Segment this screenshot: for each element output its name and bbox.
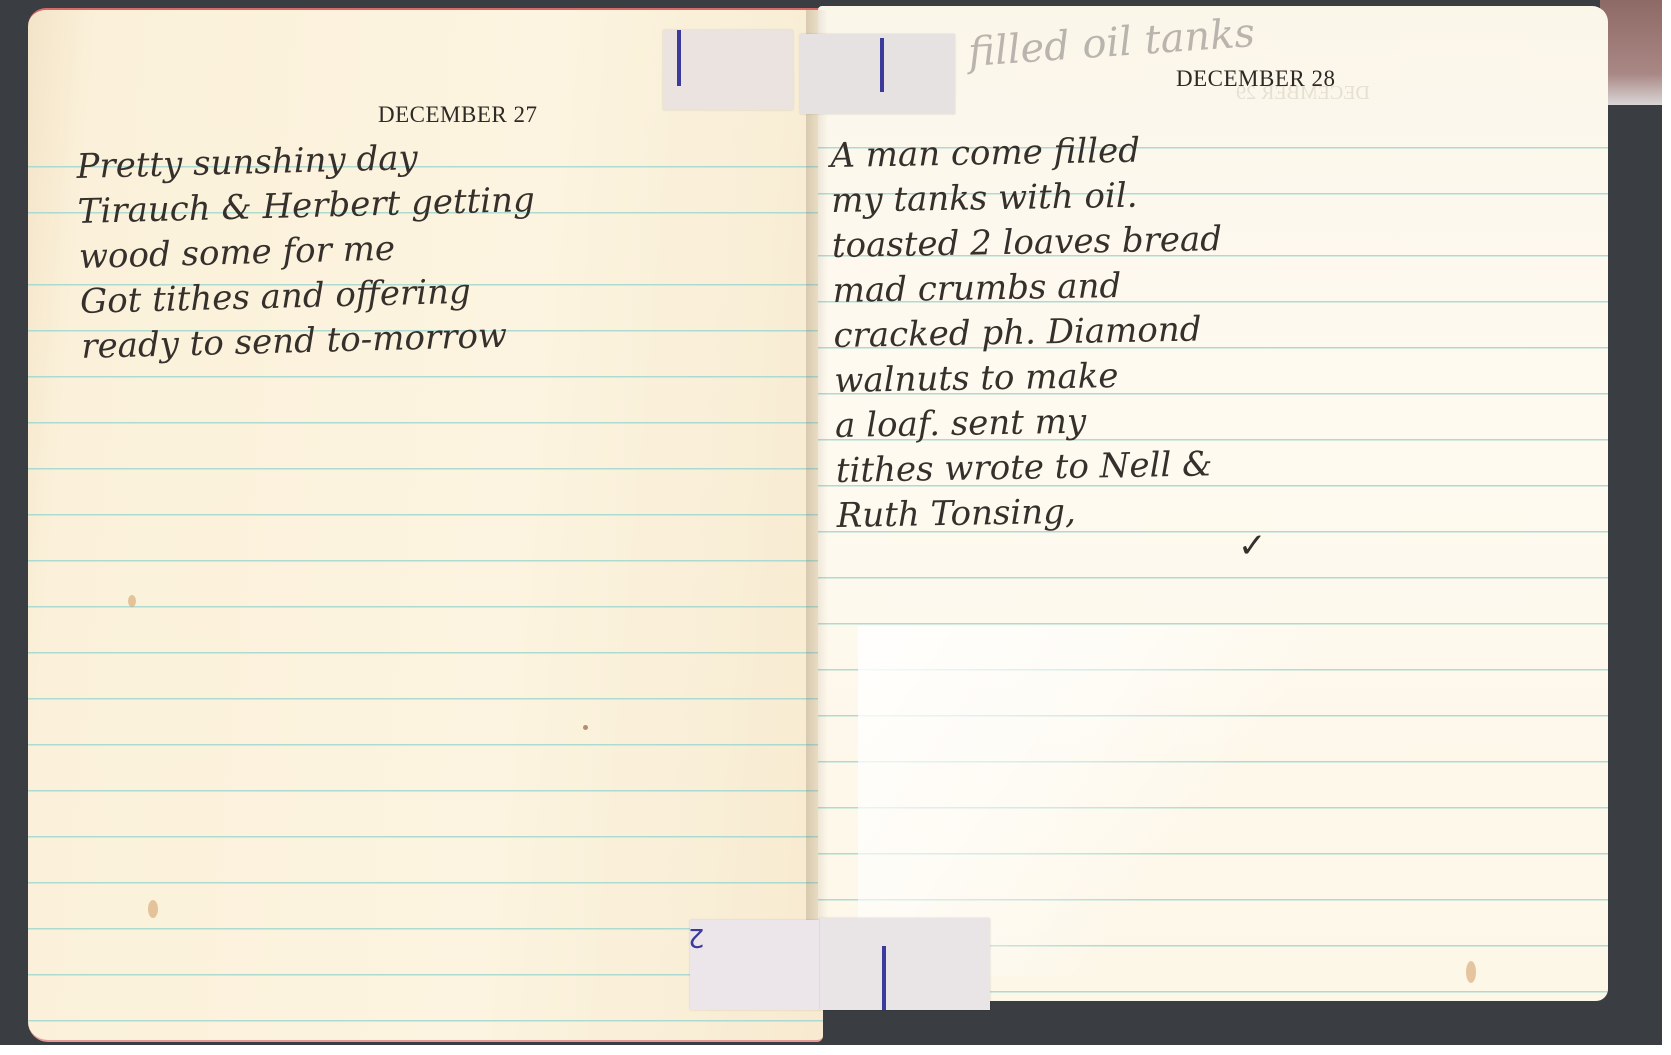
ribbon-tab-bottom-left: 2	[690, 920, 820, 1010]
paper-stain	[1466, 961, 1476, 983]
entry-line: tithes wrote to Nell &	[835, 442, 1226, 494]
paper-stain	[583, 725, 588, 730]
left-page-date: DECEMBER 27	[378, 102, 537, 128]
ribbon-tab-bottom-right	[820, 918, 990, 1010]
left-page-entry: Pretty sunshiny day Tirauch & Herbert ge…	[76, 133, 539, 370]
entry-line: A man come filled	[830, 127, 1221, 179]
right-page-date: DECEMBER 28	[1176, 66, 1335, 92]
check-mark-icon: ✓	[1238, 526, 1267, 566]
tab-mark	[882, 946, 886, 1010]
entry-line: toasted 2 loaves bread	[832, 217, 1223, 269]
entry-line: Ruth Tonsing,	[836, 487, 1227, 539]
spine-shadow	[806, 10, 828, 1010]
tab-glyph: 2	[688, 922, 705, 952]
right-page-entry: A man come filled my tanks with oil. toa…	[830, 127, 1227, 539]
entry-line: walnuts to make	[834, 352, 1225, 404]
left-page: DECEMBER 27 Pretty sunshiny day Tirauch …	[28, 8, 823, 1042]
backdrop-cover-edge	[1600, 0, 1662, 105]
entry-line: cracked ph. Diamond	[833, 307, 1224, 359]
paper-stain	[148, 900, 158, 918]
ribbon-tab-top-left	[663, 30, 793, 110]
tab-mark	[677, 30, 681, 86]
right-page: filled oil tanks DECEMBER 29 DECEMBER 28…	[818, 6, 1608, 1001]
tab-mark	[880, 38, 884, 92]
entry-line: my tanks with oil.	[831, 172, 1222, 224]
ribbon-tab-top-right	[800, 34, 955, 114]
entry-line: a loaf. sent my	[835, 397, 1226, 449]
paper-stain	[128, 595, 136, 607]
entry-line: mad crumbs and	[832, 262, 1223, 314]
